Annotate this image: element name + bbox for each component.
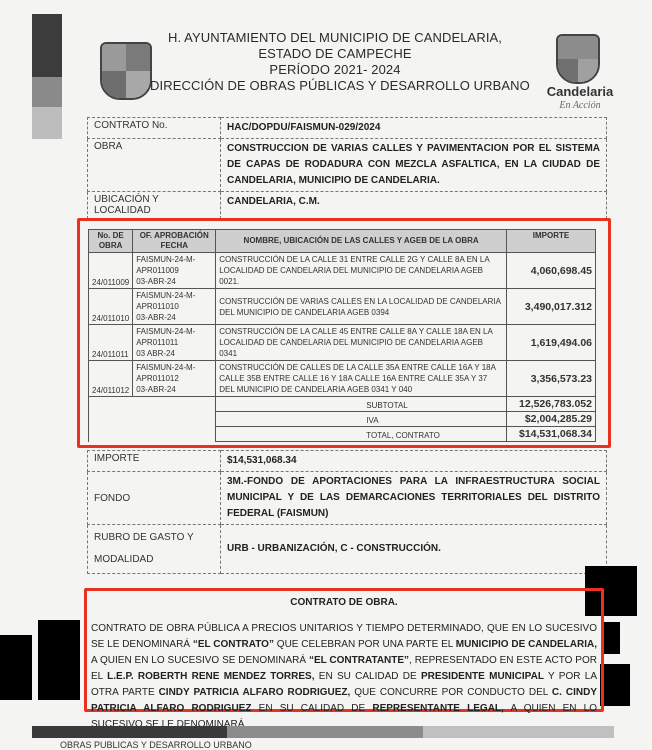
- work-amount: 3,490,017.312: [507, 289, 596, 325]
- total-label: TOTAL, CONTRATO: [216, 427, 507, 442]
- work-amount: 1,619,494.06: [507, 325, 596, 361]
- work-description: CONSTRUCCIÓN DE LA CALLE 31 ENTRE CALLE …: [216, 253, 507, 289]
- funding-info-table: IMPORTE $14,531,068.34 FONDO 3M.-FONDO D…: [87, 450, 607, 574]
- col-header-amount: IMPORTE: [507, 230, 596, 253]
- totals-row: TOTAL, CONTRATO$14,531,068.34: [89, 427, 596, 442]
- table-row: 24/011010FAISMUN-24-M-APR01101003-ABR-24…: [89, 289, 596, 325]
- brand-slogan: En Acción: [540, 100, 620, 111]
- amount-label: IMPORTE: [88, 451, 221, 472]
- expense-category-value: URB - URBANIZACIÓN, C - CONSTRUCCIÓN.: [221, 525, 607, 574]
- work-number: 24/011009: [89, 253, 133, 289]
- approval-code-1: FAISMUN-24-M-: [136, 326, 212, 337]
- approval-cell: FAISMUN-24-M-APR01100903-ABR-24: [133, 253, 216, 289]
- work-number: 24/011010: [89, 289, 133, 325]
- redaction-block: [604, 622, 620, 654]
- contract-number-value: HAC/DOPDU/FAISMUN-029/2024: [221, 118, 607, 139]
- contract-number-label: CONTRATO No.: [88, 118, 221, 139]
- col-header-approval: OF. APROBACIÓN FECHA: [133, 230, 216, 253]
- redaction-block: [38, 620, 80, 700]
- total-label: SUBTOTAL: [216, 397, 507, 412]
- location-value: CANDELARIA, C.M.: [221, 192, 607, 219]
- municipal-crest-icon: [100, 42, 152, 100]
- approval-code-2: APR011011: [136, 337, 212, 348]
- table-row: OBRA CONSTRUCCION DE VARIAS CALLES Y PAV…: [88, 139, 607, 192]
- footer-color-bar: [32, 726, 614, 738]
- approval-date: 03-ABR-24: [136, 312, 212, 323]
- fund-value: 3M.-FONDO DE APORTACIONES PARA LA INFRAE…: [221, 472, 607, 525]
- total-value: $2,004,285.29: [507, 412, 596, 427]
- work-description: CONSTRUCCIÓN DE VARIAS CALLES EN LA LOCA…: [216, 289, 507, 325]
- approval-code-1: FAISMUN-24-M-: [136, 362, 212, 373]
- approval-date: 03-ABR-24: [136, 276, 212, 287]
- footer-department: OBRAS PUBLICAS Y DESARROLLO URBANO: [60, 740, 252, 750]
- redaction-block: [600, 664, 630, 706]
- col-header-name: NOMBRE, UBICACIÓN DE LAS CALLES Y AGEB D…: [216, 230, 507, 253]
- work-value: CONSTRUCCION DE VARIAS CALLES Y PAVIMENT…: [221, 139, 607, 192]
- approval-code-2: APR011012: [136, 373, 212, 384]
- contracting-party: MUNICIPIO DE CANDELARIA,: [456, 639, 597, 650]
- table-row: FONDO 3M.-FONDO DE APORTACIONES PARA LA …: [88, 472, 607, 525]
- approval-cell: FAISMUN-24-M-APR01101203-ABR-24: [133, 361, 216, 397]
- header-line-3: PERÍODO 2021- 2024: [150, 62, 520, 78]
- work-number: 24/011012: [89, 361, 133, 397]
- representative-role: PRESIDENTE MUNICIPAL: [421, 671, 544, 682]
- table-header-row: No. DE OBRA OF. APROBACIÓN FECHA NOMBRE,…: [89, 230, 596, 253]
- table-row: 24/011009FAISMUN-24-M-APR01100903-ABR-24…: [89, 253, 596, 289]
- table-row: IMPORTE $14,531,068.34: [88, 451, 607, 472]
- totals-row: SUBTOTAL12,526,783.052: [89, 397, 596, 412]
- header-line-2: ESTADO DE CAMPECHE: [150, 46, 520, 62]
- contracting-term: “EL CONTRATANTE”: [309, 655, 409, 666]
- header-color-bar: [32, 14, 62, 139]
- approval-code-2: APR011009: [136, 265, 212, 276]
- contract-text: QUE CONCURRE POR CONDUCTO DEL: [350, 687, 552, 698]
- approval-code-2: APR011010: [136, 301, 212, 312]
- total-value: 12,526,783.052: [507, 397, 596, 412]
- table-row: 24/011012FAISMUN-24-M-APR01101203-ABR-24…: [89, 361, 596, 397]
- work-amount: 4,060,698.45: [507, 253, 596, 289]
- works-table: No. DE OBRA OF. APROBACIÓN FECHA NOMBRE,…: [88, 229, 596, 442]
- location-label: UBICACIÓN Y LOCALIDAD: [88, 192, 221, 219]
- contract-text-box: CONTRATO DE OBRA. CONTRATO DE OBRA PÚBLI…: [84, 588, 604, 712]
- work-number: 24/011011: [89, 325, 133, 361]
- contract-text: EN SU CALIDAD DE: [315, 671, 421, 682]
- representative-name: L.E.P. ROBERTH RENE MENDEZ TORRES,: [107, 671, 314, 682]
- approval-cell: FAISMUN-24-M-APR01101103 ABR-24: [133, 325, 216, 361]
- amount-value: $14,531,068.34: [221, 451, 607, 472]
- contractor-role: REPRESENTANTE LEGAL,: [372, 703, 503, 714]
- total-label: IVA: [216, 412, 507, 427]
- contract-term: “EL CONTRATO”: [193, 639, 274, 650]
- contract-info-table: CONTRATO No. HAC/DOPDU/FAISMUN-029/2024 …: [87, 117, 607, 219]
- table-row: RUBRO DE GASTO Y MODALIDAD URB - URBANIZ…: [88, 525, 607, 574]
- table-row: UBICACIÓN Y LOCALIDAD CANDELARIA, C.M.: [88, 192, 607, 219]
- work-label: OBRA: [88, 139, 221, 192]
- work-description: CONSTRUCCIÓN DE CALLES DE LA CALLE 35A E…: [216, 361, 507, 397]
- approval-code-1: FAISMUN-24-M-: [136, 254, 212, 265]
- total-value: $14,531,068.34: [507, 427, 596, 442]
- contract-text: QUE CELEBRAN POR UNA PARTE EL: [274, 639, 456, 650]
- document-header: H. AYUNTAMIENTO DEL MUNICIPIO DE CANDELA…: [150, 30, 520, 94]
- contract-title: CONTRATO DE OBRA.: [87, 595, 601, 611]
- contract-text: A QUIEN EN LO SUCESIVO SE DENOMINARÁ: [91, 655, 309, 666]
- header-line-4: DIRECCIÓN DE OBRAS PÚBLICAS Y DESARROLLO…: [150, 78, 520, 94]
- header-line-1: H. AYUNTAMIENTO DEL MUNICIPIO DE CANDELA…: [150, 30, 520, 46]
- expense-category-label: RUBRO DE GASTO Y MODALIDAD: [88, 525, 221, 574]
- col-header-no: No. DE OBRA: [89, 230, 133, 253]
- fund-label: FONDO: [88, 472, 221, 525]
- approval-date: 03 ABR-24: [136, 348, 212, 359]
- contract-text: EN SU CALIDAD DE: [251, 703, 372, 714]
- table-row: 24/011011FAISMUN-24-M-APR01101103 ABR-24…: [89, 325, 596, 361]
- contractor-name: CINDY PATRICIA ALFARO RODRIGUEZ,: [159, 687, 351, 698]
- brand-name: Candelaria: [540, 84, 620, 99]
- redaction-block: [0, 635, 32, 700]
- contract-body: CONTRATO DE OBRA PÚBLICA A PRECIOS UNITA…: [87, 621, 601, 733]
- approval-cell: FAISMUN-24-M-APR01101003-ABR-24: [133, 289, 216, 325]
- table-row: CONTRATO No. HAC/DOPDU/FAISMUN-029/2024: [88, 118, 607, 139]
- work-description: CONSTRUCCIÓN DE LA CALLE 45 ENTRE CALLE …: [216, 325, 507, 361]
- work-amount: 3,356,573.23: [507, 361, 596, 397]
- totals-row: IVA$2,004,285.29: [89, 412, 596, 427]
- approval-date: 03-ABR-24: [136, 384, 212, 395]
- candelaria-crest-icon: [556, 34, 600, 84]
- approval-code-1: FAISMUN-24-M-: [136, 290, 212, 301]
